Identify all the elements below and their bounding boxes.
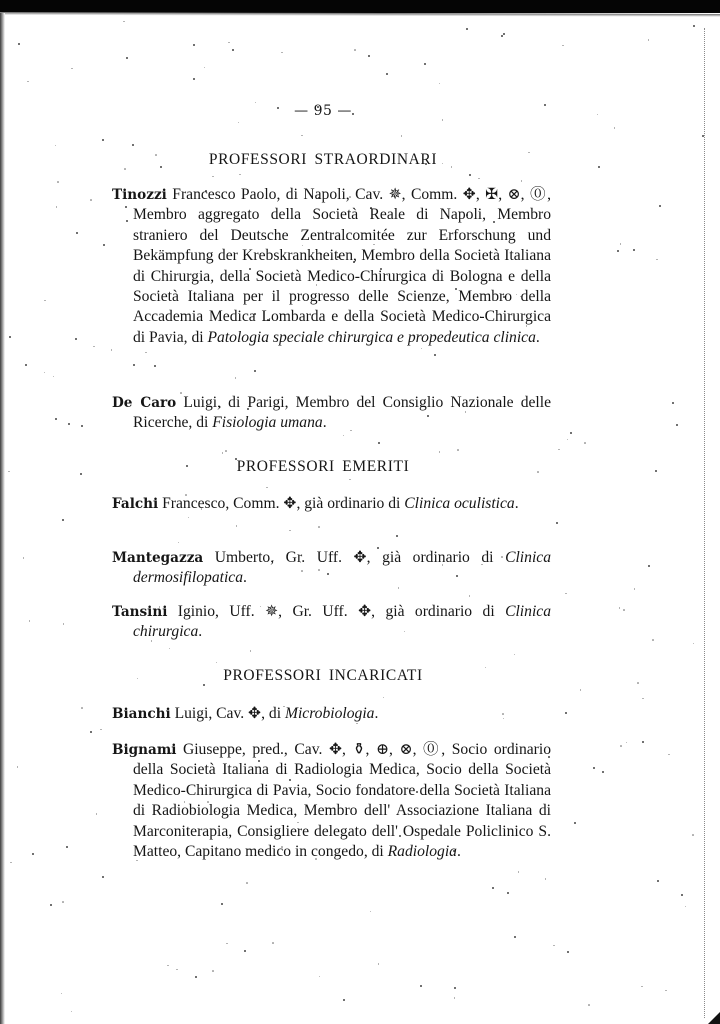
entry-surname: Falchi [112, 496, 158, 512]
entry-end: . [536, 329, 540, 346]
entry-end: . [198, 623, 202, 640]
entry-surname: Tansini [112, 604, 167, 620]
entry-end: . [323, 414, 327, 431]
entry-tansini: Tansini Iginio, Uff. ✵, Gr. Uff. ✥, già … [112, 602, 551, 643]
scan-corner [708, 1012, 720, 1024]
entry-mantegazza: Mantegazza Umberto, Gr. Uff. ✥, già ordi… [112, 548, 551, 589]
entry-subject: Microbiologia [285, 705, 375, 722]
entry-end: . [457, 843, 461, 860]
entry-body: Francesco Paolo, di Napoli, Cav. ✵, Comm… [133, 186, 551, 346]
entry-body: Luigi, di Parigi, Membro del Consiglio N… [133, 394, 551, 431]
entry-body: Luigi, Cav. ✥, di [171, 705, 285, 722]
entry-body: Francesco, Comm. ✥, già ordinario di [158, 495, 404, 512]
entry-surname: Mantegazza [112, 550, 203, 566]
section-heading-straordinari: PROFESSORI STRAORDINARI [0, 151, 646, 169]
entry-bianchi: Bianchi Luigi, Cav. ✥, di Microbiologia. [112, 704, 551, 724]
entry-tinozzi: Tinozzi Francesco Paolo, di Napoli, Cav.… [112, 185, 551, 348]
entry-surname: Bignami [112, 742, 176, 758]
entry-bignami: Bignami Giuseppe, pred., Cav. ✥, ⚱, ⊕, ⊗… [112, 740, 551, 862]
entry-surname: Tinozzi [112, 187, 167, 203]
entry-falchi: Falchi Francesco, Comm. ✥, già ordinario… [112, 494, 551, 514]
entry-surname: De Caro [112, 395, 176, 411]
entry-end: . [243, 569, 247, 586]
entry-body: Umberto, Gr. Uff. ✥, già ordinario di [203, 549, 505, 566]
section-heading-incaricati: PROFESSORI INCARICATI [0, 667, 646, 685]
entry-surname: Bianchi [112, 706, 171, 722]
entry-subject: Patologia speciale chirurgica e propedeu… [208, 329, 536, 346]
page-number: — 95 — [0, 103, 646, 119]
entry-end: . [515, 495, 519, 512]
entry-subject: Clinica oculistica [404, 495, 514, 512]
entry-de-caro: De Caro Luigi, di Parigi, Membro del Con… [112, 393, 551, 434]
scan-top-border [0, 0, 720, 13]
entry-subject: Radiologia [388, 843, 457, 860]
page-fold-line [704, 28, 706, 1018]
entry-subject: Fisiologia umana [212, 414, 322, 431]
section-heading-emeriti: PROFESSORI EMERITI [0, 458, 646, 476]
scan-top-edge [0, 12, 720, 17]
entry-body: Iginio, Uff. ✵, Gr. Uff. ✥, già ordinari… [167, 603, 505, 620]
entry-end: . [374, 705, 378, 722]
entry-body: Giuseppe, pred., Cav. ✥, ⚱, ⊕, ⊗, ⓪, Soc… [133, 741, 551, 860]
